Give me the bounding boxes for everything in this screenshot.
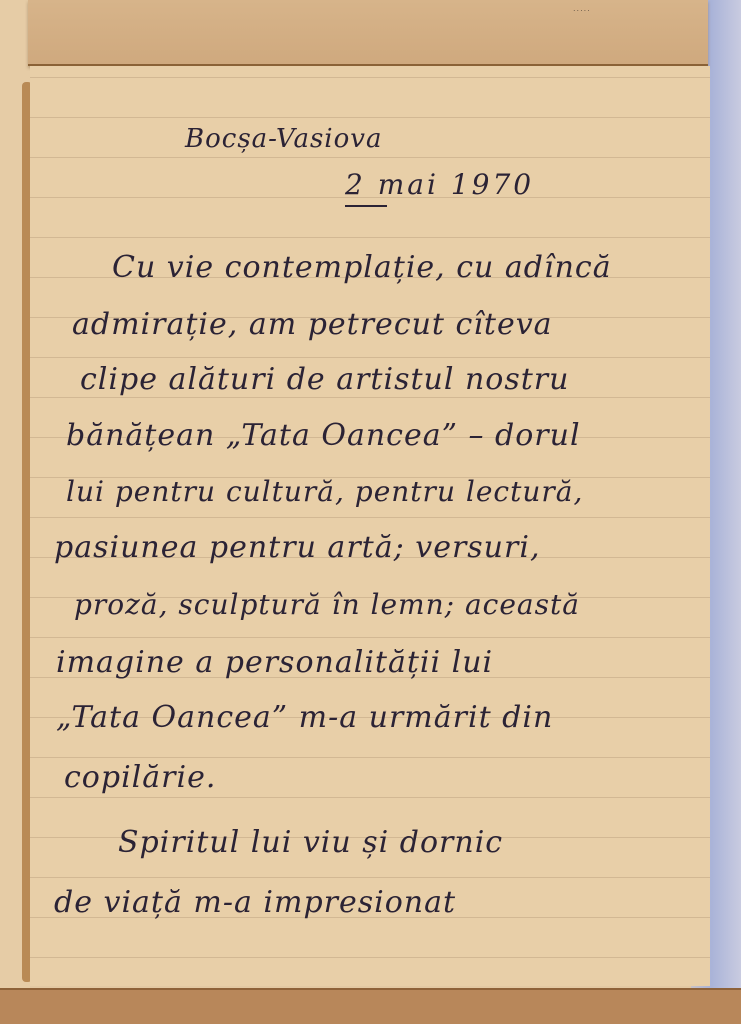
text-line-1: Cu vie contemplație, cu adîncă [112,250,612,285]
text-line-6: pasiunea pentru artă; versuri, [54,530,540,565]
date-underline [345,205,387,207]
header-date: 2 mai 1970 [345,168,534,201]
faint-flap-text: ..... [573,4,591,13]
text-line-4: bănățean „Tata Oancea” – dorul [66,418,581,453]
text-line-12: de viață m-a impresionat [54,885,456,920]
text-line-9: „Tata Oancea” m-a urmărit din [56,700,553,735]
previous-page-flap: ..... [28,0,708,66]
text-line-5: lui pentru cultură, pentru lectură, [66,475,583,508]
text-line-2: admirație, am petrecut cîteva [72,307,553,342]
text-line-11: Spiritul lui viu și dornic [118,825,503,860]
text-line-8: imagine a personalității lui [56,645,493,680]
text-line-10: copilărie. [64,760,216,795]
text-line-3: clipe alături de artistul nostru [80,362,569,397]
notebook-bottom-cover [0,988,741,1024]
text-line-7: proză, sculptură în lemn; această [74,588,580,621]
header-place: Bocșa-Vasiova [185,124,382,154]
